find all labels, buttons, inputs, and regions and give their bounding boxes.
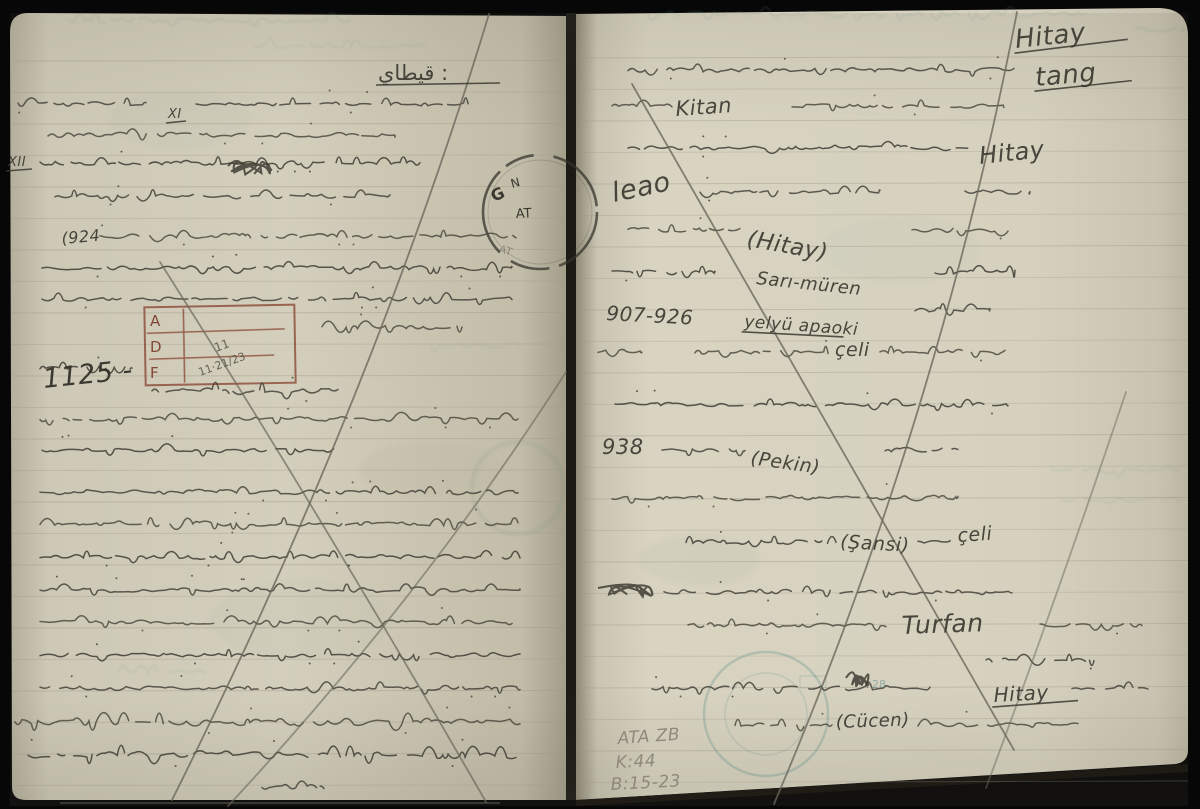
table-letter-a-text: A [150, 312, 161, 330]
table-letter-d: D [150, 338, 162, 356]
word-dates-907-926-text: 907-926 [606, 301, 694, 330]
notebook-scan: HitaytangKitanHitayleao(Hitay)Sarı-müren… [0, 0, 1200, 809]
stamp-number-28: 28 [872, 678, 886, 691]
stamp-letters-at: AT [515, 206, 532, 222]
word-turfan: Turfan [901, 608, 984, 640]
word-celi-1-text: çeli [835, 339, 870, 361]
ref-b15-23-text: B:15-23 [610, 771, 681, 795]
word-turfan-text: Turfan [901, 608, 984, 640]
word-sansi-text: (Şansi) [840, 531, 910, 557]
table-letter-f: F [150, 364, 159, 382]
word-924: (924 [61, 226, 101, 248]
word-kitan: Kitan [675, 93, 733, 121]
ref-b15-23: B:15-23 [610, 771, 681, 795]
word-celi-2: çeli [957, 523, 993, 547]
ref-k44-text: K:44 [615, 751, 657, 773]
stamp-number-28-text: 28 [872, 678, 886, 691]
stamp-letters-at-text: AT [515, 206, 532, 222]
table-letter-f-text: F [150, 364, 159, 382]
word-cucen-text: (Cücen) [835, 709, 910, 733]
word-938: 938 [602, 435, 644, 459]
word-sansi: (Şansi) [840, 531, 910, 557]
word-938-text: 938 [602, 435, 644, 459]
table-letter-d-text: D [150, 338, 162, 356]
word-xi-text: XI [167, 107, 182, 122]
word-celi-2-text: çeli [957, 523, 993, 547]
word-celi-1: çeli [835, 339, 870, 361]
word-924-text: (924 [61, 226, 101, 248]
word-xii-text: XII [7, 155, 26, 170]
word-cucen: (Cücen) [835, 709, 910, 733]
word-dates-907-926: 907-926 [606, 301, 694, 330]
ref-k44: K:44 [615, 751, 657, 773]
table-letter-a: A [150, 312, 161, 330]
word-kitan-text: Kitan [675, 93, 733, 121]
title-kitay-ottoman-text: قيطاي : [378, 61, 448, 85]
scan-canvas: HitaytangKitanHitayleao(Hitay)Sarı-müren… [0, 0, 1200, 809]
